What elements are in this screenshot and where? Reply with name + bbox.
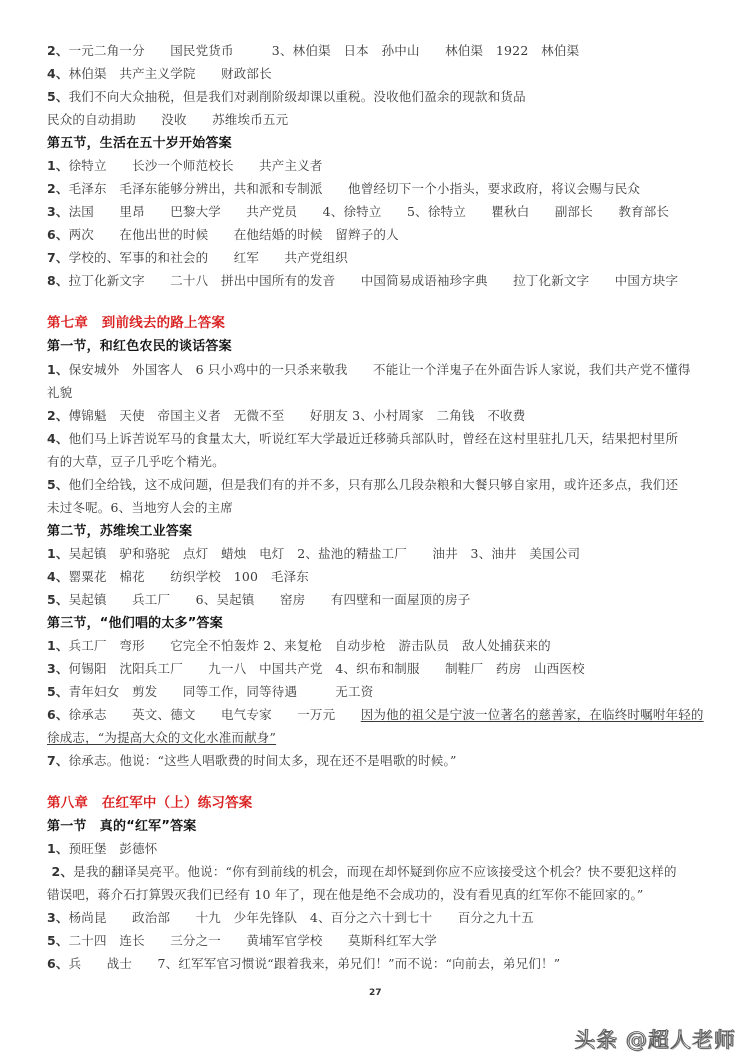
item-number: 8、 — [47, 273, 69, 288]
item-number: 1、 — [47, 158, 69, 173]
answer-line: 6、兵 战士 7、红军军官习惯说“跟着我来，弟兄们！”而不说：“向前去，弟兄们！… — [47, 956, 560, 972]
answer-text: 保安城外 外国客人 6 只小鸡中的一只杀来敬我 不能让一个洋鬼子在外面告诉人家说… — [69, 362, 691, 377]
item-number: 1、 — [47, 841, 69, 856]
answer-line: 4、罂粟花 棉花 纺织学校 100 毛泽东 — [47, 569, 309, 585]
answer-line: 2、傅锦魁 天使 帝国主义者 无微不至 好朋友 3、小村周家 二角钱 不收费 — [47, 408, 525, 424]
answer-line: 有的大草，豆子几乎吃个精光。 — [47, 454, 225, 470]
answer-line: 8、拉丁化新文字 二十八 拼出中国所有的发音 中国简易成语袖珍字典 拉丁化新文字… — [47, 273, 678, 289]
section-heading: 第三节，“他们唱的太多”答案 — [47, 615, 223, 632]
answer-text: 学校的、军事的和社会的 红军 共产党组织 — [69, 250, 348, 265]
underlined-answer-text: 因为他的祖父是宁波一位著名的慈善家，在临终时嘱咐年轻的 — [361, 707, 704, 722]
item-number: 4、 — [47, 569, 69, 584]
item-number: 3、 — [47, 910, 69, 925]
item-number: 5、 — [47, 592, 69, 607]
item-number: 1、 — [47, 546, 69, 561]
answer-line: 5、青年妇女 剪发 同等工作，同等待遇 无工资 — [47, 684, 373, 700]
underlined-answer-text: 徐成志，“为提高大众的文化水准而献身” — [47, 730, 276, 745]
section-heading: 第一节，和红色农民的谈话答案 — [47, 338, 232, 355]
item-number: 2、 — [47, 43, 69, 58]
item-number: 5、 — [47, 933, 69, 948]
answer-line: 错误吧，蒋介石打算毁灭我们已经有 10 年了，现在他是绝不会成功的，没有看见真的… — [47, 887, 644, 903]
item-number: 1、 — [47, 638, 69, 653]
item-number: 4、 — [47, 431, 69, 446]
answer-text: 杨尚昆 政治部 十九 少年先锋队 4、百分之六十到七十 百分之九十五 — [69, 910, 534, 925]
answer-line: 1、预旺堡 彭德怀 — [47, 841, 158, 857]
answer-text: 错误吧，蒋介石打算毁灭我们已经有 10 年了，现在他是绝不会成功的，没有看见真的… — [47, 887, 644, 902]
chapter-heading: 第八章 在红军中（上）练习答案 — [47, 795, 253, 811]
answer-line: 6、徐承志 英文、德文 电气专家 一万元 因为他的祖父是宁波一位著名的慈善家，在… — [47, 707, 704, 723]
chapter-title: 第八章 在红军中（上）练习答案 — [47, 795, 253, 811]
answer-text: 兵 战士 7、红军军官习惯说“跟着我来，弟兄们！”而不说：“向前去，弟兄们！” — [69, 956, 561, 971]
page-number: 27 — [369, 988, 382, 998]
answer-line: 礼貌 — [47, 385, 72, 401]
section-title: 第三节，“他们唱的太多”答案 — [47, 616, 223, 631]
answer-line: 7、徐承志。他说：“这些人唱歌费的时间太多，现在还不是唱歌的时候。” — [47, 753, 457, 769]
answer-text: 徐特立 长沙一个师范校长 共产主义者 — [69, 158, 323, 173]
item-number: 2、 — [47, 864, 73, 879]
item-number: 6、 — [47, 227, 69, 242]
item-number: 6、 — [47, 707, 69, 722]
answer-text: 一元二角一分 国民党货币 3、林伯渠 日本 孙中山 林伯渠 1922 林伯渠 — [69, 43, 580, 58]
item-number: 7、 — [47, 753, 69, 768]
answer-text: 是我的翻译吴亮平。他说：“你有到前线的机会，而现在却怀疑到你应不应该接受这个机会… — [73, 864, 677, 879]
answer-text: 何锡阳 沈阳兵工厂 九一八 中国共产党 4、织布和制服 制鞋厂 药房 山西医校 — [69, 661, 585, 676]
answer-line: 3、法国 里昂 巴黎大学 共产党员 4、徐特立 5、徐特立 瞿秋白 副部长 教育… — [47, 204, 669, 220]
item-number: 7、 — [47, 250, 69, 265]
answer-text: 吴起镇 驴和骆驼 点灯 蜡烛 电灯 2、盐池的精盐工厂 油井 3、油井 美国公司 — [69, 546, 581, 561]
answer-line: 5、他们全给钱，这不成问题，但是我们有的并不多，只有那么几段杂粮和大餐只够自家用… — [47, 477, 678, 493]
item-number: 3、 — [47, 204, 69, 219]
item-number: 2、 — [47, 181, 69, 196]
answer-text: 我们不向大众抽税，但是我们对剥削阶级却课以重税。没收他们盈余的现款和货品 — [69, 89, 526, 104]
answer-line: 5、我们不向大众抽税，但是我们对剥削阶级却课以重税。没收他们盈余的现款和货品 — [47, 89, 526, 105]
chapter-heading: 第七章 到前线去的路上答案 — [47, 315, 225, 331]
section-heading: 第二节，苏维埃工业答案 — [47, 523, 192, 540]
answer-line: 2、是我的翻译吴亮平。他说：“你有到前线的机会，而现在却怀疑到你应不应该接受这个… — [47, 864, 677, 880]
answer-text: 他们马上诉苦说军马的食量太大，听说红军大学最近迁移骑兵部队时，曾经在这村里驻扎几… — [69, 431, 679, 446]
answer-text: 吴起镇 兵工厂 6、吴起镇 窑房 有四壁和一面屋顶的房子 — [69, 592, 471, 607]
answer-line: 1、徐特立 长沙一个师范校长 共产主义者 — [47, 158, 323, 174]
section-title: 第五节，生活在五十岁开始答案 — [47, 136, 232, 151]
answer-line: 1、吴起镇 驴和骆驼 点灯 蜡烛 电灯 2、盐池的精盐工厂 油井 3、油井 美国… — [47, 546, 580, 562]
answer-line: 民众的自动捐助 没收 苏维埃币五元 — [47, 112, 288, 128]
answer-line: 5、二十四 连长 三分之一 黄埔军官学校 莫斯科红军大学 — [47, 933, 437, 949]
answer-line: 4、他们马上诉苦说军马的食量太大，听说红军大学最近迁移骑兵部队时，曾经在这村里驻… — [47, 431, 678, 447]
answer-text: 徐承志。他说：“这些人唱歌费的时间太多，现在还不是唱歌的时候。” — [69, 753, 457, 768]
answer-line: 3、何锡阳 沈阳兵工厂 九一八 中国共产党 4、织布和制服 制鞋厂 药房 山西医… — [47, 661, 585, 677]
answer-text: 罂粟花 棉花 纺织学校 100 毛泽东 — [69, 569, 309, 584]
section-heading: 第五节，生活在五十岁开始答案 — [47, 135, 232, 152]
section-heading: 第一节 真的“红军”答案 — [47, 818, 197, 835]
answer-text: 礼貌 — [47, 385, 72, 400]
answer-line: 徐成志，“为提高大众的文化水准而献身” — [47, 730, 276, 746]
section-title: 第一节，和红色农民的谈话答案 — [47, 339, 232, 354]
answer-line: 2、一元二角一分 国民党货币 3、林伯渠 日本 孙中山 林伯渠 1922 林伯渠 — [47, 43, 579, 59]
answer-line: 4、林伯渠 共产主义学院 财政部长 — [47, 66, 272, 82]
answer-text: 有的大草，豆子几乎吃个精光。 — [47, 454, 225, 469]
answer-line: 2、毛泽东 毛泽东能够分辨出，共和派和专制派 他曾经切下一个小指头，要求政府，将… — [47, 181, 640, 197]
answer-text: 法国 里昂 巴黎大学 共产党员 4、徐特立 5、徐特立 瞿秋白 副部长 教育部长 — [69, 204, 670, 219]
answer-line: 未过冬呢。6、当地穷人会的主席 — [47, 500, 233, 516]
document-page: 2、一元二角一分 国民党货币 3、林伯渠 日本 孙中山 林伯渠 1922 林伯渠… — [0, 0, 750, 1060]
item-number: 5、 — [47, 684, 69, 699]
answer-line: 3、杨尚昆 政治部 十九 少年先锋队 4、百分之六十到七十 百分之九十五 — [47, 910, 534, 926]
item-number: 5、 — [47, 89, 69, 104]
chapter-title: 第七章 到前线去的路上答案 — [47, 315, 225, 331]
section-title: 第一节 真的“红军”答案 — [47, 819, 197, 834]
answer-text: 他们全给钱，这不成问题，但是我们有的并不多，只有那么几段杂粮和大餐只够自家用，或… — [69, 477, 679, 492]
answer-text: 二十四 连长 三分之一 黄埔军官学校 莫斯科红军大学 — [69, 933, 437, 948]
item-number: 1、 — [47, 362, 69, 377]
item-number: 5、 — [47, 477, 69, 492]
item-number: 6、 — [47, 956, 69, 971]
answer-text: 傅锦魁 天使 帝国主义者 无微不至 好朋友 3、小村周家 二角钱 不收费 — [69, 408, 526, 423]
answer-line: 5、吴起镇 兵工厂 6、吴起镇 窑房 有四壁和一面屋顶的房子 — [47, 592, 470, 608]
answer-text: 民众的自动捐助 没收 苏维埃币五元 — [47, 112, 288, 127]
item-number: 4、 — [47, 66, 69, 81]
answer-text: 青年妇女 剪发 同等工作，同等待遇 无工资 — [69, 684, 374, 699]
answer-text: 毛泽东 毛泽东能够分辨出，共和派和专制派 他曾经切下一个小指头，要求政府，将议会… — [69, 181, 641, 196]
section-title: 第二节，苏维埃工业答案 — [47, 524, 192, 539]
answer-line: 1、保安城外 外国客人 6 只小鸡中的一只杀来敬我 不能让一个洋鬼子在外面告诉人… — [47, 362, 691, 378]
answer-text: 徐承志 英文、德文 电气专家 一万元 — [69, 707, 361, 722]
answer-text: 林伯渠 共产主义学院 财政部长 — [69, 66, 272, 81]
answer-line: 6、两次 在他出世的时候 在他结婚的时候 留辫子的人 — [47, 227, 399, 243]
answer-text: 兵工厂 弯形 它完全不怕轰炸 2、来复枪 自动步枪 游击队员 敌人处捕获来的 — [69, 638, 551, 653]
item-number: 2、 — [47, 408, 69, 423]
answer-line: 1、兵工厂 弯形 它完全不怕轰炸 2、来复枪 自动步枪 游击队员 敌人处捕获来的 — [47, 638, 551, 654]
answer-text: 拉丁化新文字 二十八 拼出中国所有的发音 中国简易成语袖珍字典 拉丁化新文字 中… — [69, 273, 679, 288]
answer-text: 预旺堡 彭德怀 — [69, 841, 158, 856]
answer-text: 两次 在他出世的时候 在他结婚的时候 留辫子的人 — [69, 227, 399, 242]
watermark: 头条 @超人老师 — [574, 1024, 736, 1054]
answer-text: 未过冬呢。6、当地穷人会的主席 — [47, 500, 233, 515]
answer-line: 7、学校的、军事的和社会的 红军 共产党组织 — [47, 250, 348, 266]
item-number: 3、 — [47, 661, 69, 676]
